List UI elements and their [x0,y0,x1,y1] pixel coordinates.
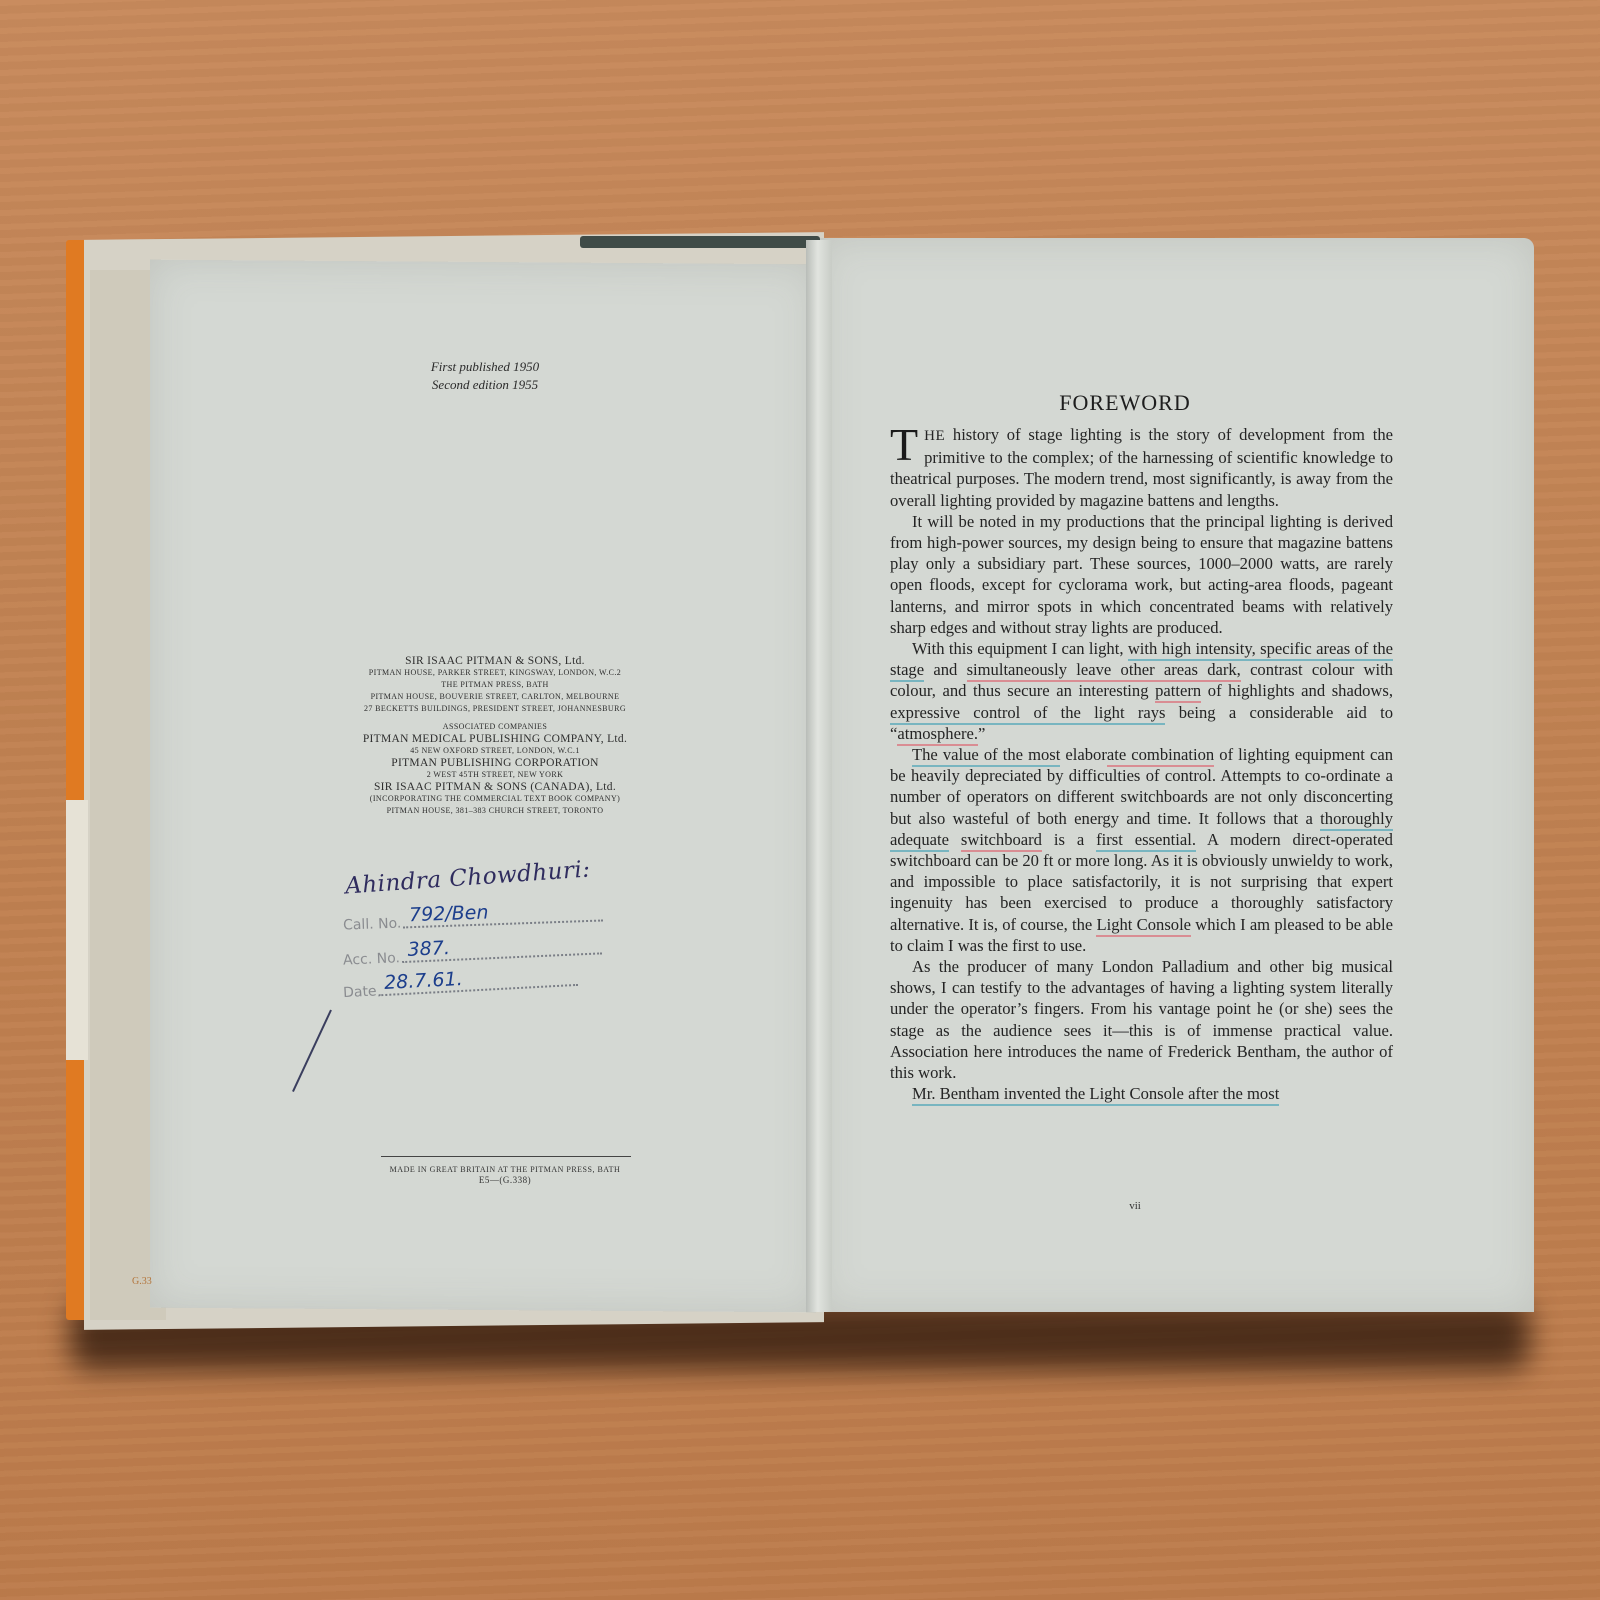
publisher-address: Pitman House, Bouverie Street, Carlton, … [345,691,645,703]
text-segment: and [924,660,966,679]
text-segment [949,830,961,849]
red-pencil-underline: pattern [1155,681,1201,703]
paragraph: As the producer of many London Palladium… [890,956,1393,1083]
para-segments: With this equipment I can light, with hi… [890,639,1393,746]
publisher-name: SIR ISAAC PITMAN & SONS, Ltd. [345,655,645,667]
paragraph: With this equipment I can light, with hi… [890,638,1393,744]
book-gutter [806,240,832,1312]
publisher-address: The Pitman Press, Bath [345,679,645,691]
foreword-body: THE history of stage lighting is the sto… [890,424,1393,1105]
associate-address: 45 New Oxford Street, London, W.C.1 [345,745,645,757]
book-spine [580,236,820,248]
publisher-imprint: SIR ISAAC PITMAN & SONS, Ltd. Pitman Hou… [345,655,645,817]
blue-pencil-underline: expressive control of the light rays [890,703,1165,725]
first-word-smallcaps: HE [924,428,945,444]
publisher-address: Pitman House, Parker Street, Kingsway, L… [345,667,645,679]
library-stamp: Ahindra Chowdhuri: Call. No. 792/Ben Acc… [335,865,615,1025]
para-segments: The value of the most elaborate combinat… [890,745,1393,955]
red-pencil-underline: switchboard [961,830,1042,852]
paragraph: THE history of stage lighting is the sto… [890,424,1393,511]
printer-notice: Made in Great Britain at the Pitman Pres… [355,1164,655,1186]
para-segments: history of stage lighting is the story o… [890,425,1393,510]
associate-name: PITMAN MEDICAL PUBLISHING COMPANY, Ltd. [345,733,645,745]
associate-address: (Incorporating the Commercial Text Book … [345,793,645,805]
paragraph: It will be noted in my productions that … [890,511,1393,638]
date-row: Date 28.7.61. [343,973,579,1001]
blue-pencil-underline: Mr. Bentham invented the Light Console a… [912,1084,1279,1106]
call-number-value: 792/Ben [409,901,489,926]
associate-name: SIR ISAAC PITMAN & SONS (CANADA), Ltd. [345,781,645,793]
para-segments: It will be noted in my productions that … [890,512,1393,637]
call-number-label: Call. No. [343,916,402,934]
associate-name: PITMAN PUBLISHING CORPORATION [345,757,645,769]
date-label: Date [343,983,377,1001]
dropcap: T [890,426,918,464]
red-pencil-underline: simultaneously leave other areas dark, [967,660,1241,682]
text-segment: With this equipment I can light, [912,639,1128,658]
text-segment: elabor [1060,745,1107,764]
edition-notice: First published 1950 Second edition 1955 [405,358,565,394]
accession-number-label: Acc. No. [343,950,401,968]
red-pencil-underline: Light Console [1096,915,1191,937]
red-pencil-underline: ate combination [1107,745,1214,767]
second-edition: Second edition 1955 [405,376,565,394]
cover-band [66,800,88,1060]
associate-address: 2 West 45th Street, New York [345,769,645,781]
blue-pencil-underline: first essential. [1096,830,1196,852]
para-segments: As the producer of many London Palladium… [890,957,1393,1082]
text-segment: ” [978,724,985,743]
page-title: FOREWORD [870,390,1380,416]
printer-code: E5—(G.338) [355,1175,655,1186]
call-number-row: Call. No. 792/Ben [343,908,604,933]
para-segments: Mr. Bentham invented the Light Console a… [912,1084,1279,1106]
publisher-address: 27 Becketts Buildings, President Street,… [345,703,645,715]
printer-rule [381,1156,631,1157]
text-segment: As the producer of many London Palladium… [890,957,1393,1082]
page-number: vii [1115,1200,1155,1212]
paragraph: Mr. Bentham invented the Light Console a… [890,1083,1393,1104]
text-segment: It will be noted in my productions that … [890,512,1393,637]
associated-companies-label: Associated Companies [345,721,645,733]
text-segment: of highlights and shadows, [1201,681,1393,700]
date-value: 28.7.61. [384,968,464,994]
first-published: First published 1950 [405,358,565,376]
associate-address: Pitman House, 381–383 Church Street, Tor… [345,805,645,817]
accession-number-row: Acc. No. 387. [343,941,602,968]
accession-number-value: 387. [407,937,450,961]
printer-line: Made in Great Britain at the Pitman Pres… [355,1164,655,1175]
blue-pencil-underline: The value of the most [912,745,1060,767]
paragraph: The value of the most elaborate combinat… [890,744,1393,956]
text-segment: history of stage lighting is the story o… [890,425,1393,510]
red-pencil-underline: atmosphere. [897,724,978,746]
jacket-code: G.33 [132,1276,152,1287]
text-segment: is a [1042,830,1096,849]
